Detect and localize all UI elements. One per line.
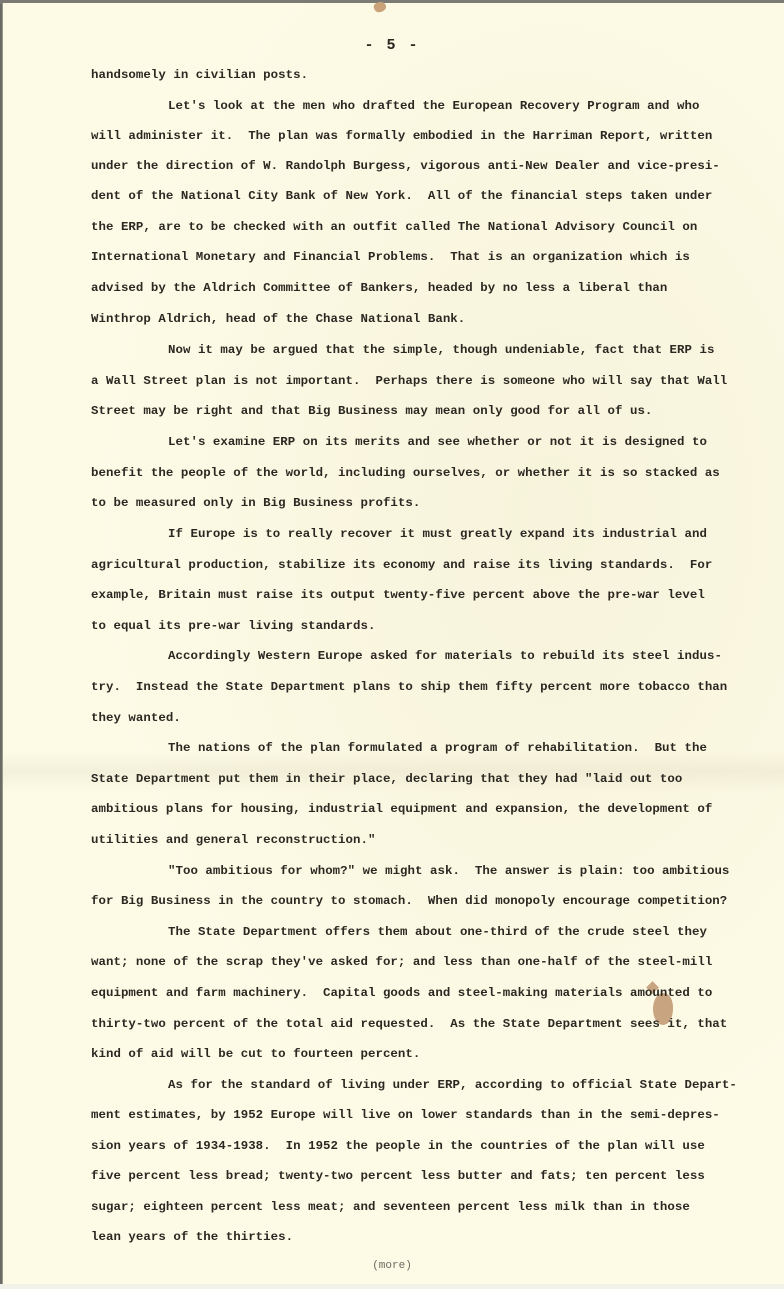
scan-bottom-edge	[0, 1284, 784, 1289]
text-line: equipment and farm machinery. Capital go…	[91, 986, 712, 1000]
text-line: International Monetary and Financial Pro…	[91, 250, 690, 264]
text-line: the ERP, are to be checked with an outfi…	[91, 220, 697, 234]
text-line: kind of aid will be cut to fourteen perc…	[91, 1047, 420, 1061]
text-line: will administer it. The plan was formall…	[91, 129, 712, 143]
text-line: Let's look at the men who drafted the Eu…	[168, 99, 699, 113]
text-line: try. Instead the State Department plans …	[91, 680, 727, 694]
text-line: handsomely in civilian posts.	[91, 68, 308, 82]
text-line: The State Department offers them about o…	[168, 925, 707, 939]
text-line: Street may be right and that Big Busines…	[91, 404, 652, 418]
text-line: utilities and general reconstruction."	[91, 833, 375, 847]
text-line: five percent less bread; twenty-two perc…	[91, 1169, 705, 1183]
text-line: Winthrop Aldrich, head of the Chase Nati…	[91, 312, 465, 326]
text-line: for Big Business in the country to stoma…	[91, 894, 727, 908]
text-line: If Europe is to really recover it must g…	[168, 527, 707, 541]
text-line: they wanted.	[91, 711, 181, 725]
text-line: want; none of the scrap they've asked fo…	[91, 955, 712, 969]
text-line: agricultural production, stabilize its e…	[91, 558, 712, 572]
text-line: ambitious plans for housing, industrial …	[91, 802, 712, 816]
text-line: sion years of 1934-1938. In 1952 the peo…	[91, 1139, 705, 1153]
text-line: a Wall Street plan is not important. Per…	[91, 374, 727, 388]
text-line: example, Britain must raise its output t…	[91, 588, 705, 602]
text-line: Let's examine ERP on its merits and see …	[168, 435, 707, 449]
text-line: dent of the National City Bank of New Yo…	[91, 189, 712, 203]
text-line: As for the standard of living under ERP,…	[168, 1078, 737, 1092]
text-line: to be measured only in Big Business prof…	[91, 496, 420, 510]
text-line: Accordingly Western Europe asked for mat…	[168, 649, 722, 663]
text-line: thirty-two percent of the total aid requ…	[91, 1017, 727, 1031]
page-number: - 5 -	[0, 37, 784, 54]
text-line: under the direction of W. Randolph Burge…	[91, 159, 720, 173]
text-line: Now it may be argued that the simple, th…	[168, 343, 714, 357]
text-line: lean years of the thirties.	[91, 1230, 293, 1244]
text-line: The nations of the plan formulated a pro…	[168, 741, 707, 755]
continuation-note: (more)	[0, 1260, 784, 1272]
text-line: sugar; eighteen percent less meat; and s…	[91, 1200, 690, 1214]
text-line: State Department put them in their place…	[91, 772, 682, 786]
text-line: advised by the Aldrich Committee of Bank…	[91, 281, 667, 295]
text-line: to equal its pre-war living standards.	[91, 619, 375, 633]
text-line: benefit the people of the world, includi…	[91, 466, 720, 480]
text-line: "Too ambitious for whom?" we might ask. …	[168, 864, 729, 878]
text-line: ment estimates, by 1952 Europe will live…	[91, 1108, 720, 1122]
